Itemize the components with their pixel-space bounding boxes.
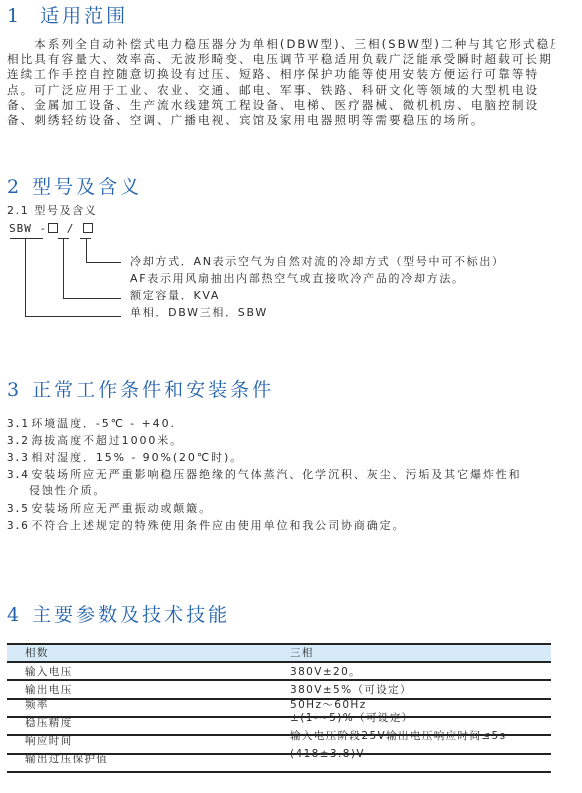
table-rule [7,661,551,663]
table-row-value: 50Hz～60Hz [290,699,367,712]
section-title: 适用范围 [40,5,128,27]
subsection-2-1-title: 2.1 型号及含义 [7,204,97,218]
section-1-heading: 1适用范围 [7,5,128,27]
legend-capacity: 额定容量．KVA [130,289,220,303]
leader-cooling-v [86,238,87,262]
table-row-value: 输入电压阶段25V输出电压响应时间≤5s [290,730,507,743]
paragraph-line: 连续工作手控自控随意切换设有过压、短路、相序保护功能等使用安装方便运行可靠等特 [7,67,555,82]
table-row-param: 稳压精度 [25,717,73,730]
paragraph-line: 备、金属加工设备、生产流水线建筑工程设备、电梯、医疗器械、微机机房、电脑控制设 [7,98,555,113]
condition-item: 3.1环境温度．-5℃ - +40. [7,417,176,431]
table-rule [7,643,551,645]
capacity-box-icon [48,223,58,233]
condition-item: 3.4安装场所应无严重影响稳压器绝缘的气体蒸汽、化学沉积、灰尘、污垢及其它爆炸性… [7,468,522,482]
paragraph-line: 备、刺绣轻纺设备、空调、广播电视、宾馆及家用电器照明等需要稳压的场所。 [7,113,555,128]
table-rule [7,679,551,681]
model-sep-slash: / [59,222,82,235]
section-2-heading: 2型号及含义 [7,176,142,198]
table-header-value: 三相 [290,647,314,660]
table-rule [7,698,551,700]
leader-phase-v [25,238,26,316]
table-row-param: 响应时间 [25,735,73,748]
section-1-paragraph: 本系列全自动补偿式电力稳压器分为单相(DBW型)、三相(SBW型)二种与其它形式… [7,37,555,128]
model-sep-dash: - [32,222,47,235]
table-row-value: ±(1-~5)%（可设定） [290,712,414,725]
leader-phase-h [25,316,121,317]
section-3-heading: 3正常工作条件和安装条件 [7,379,274,401]
table-rule [7,716,551,718]
table-row-param: 输入电压 [25,666,73,679]
table-rule [7,771,551,773]
paragraph-line: 本系列全自动补偿式电力稳压器分为单相(DBW型)、三相(SBW型)二种与其它形式… [7,37,555,52]
table-row-param: 输出过压保护值 [25,753,108,766]
legend-phase: 单相．DBW三相．SBW [130,306,268,320]
cooling-box-icon [83,223,93,233]
section-title: 主要参数及技术技能 [32,604,230,626]
table-row-value: (418±3.8)V [290,748,365,761]
underline-prefix [10,238,43,239]
paragraph-line: 点。可广泛应用于工业、农业、交通、邮电、军事、铁路、科研文化等领域的大型机电设 [7,83,555,98]
condition-item: 3.5安装场所应无严重振动或颠簸。 [7,502,212,516]
leader-cooling-h [86,262,121,263]
table-header-param: 相数 [25,647,49,660]
table-header-background [7,645,551,661]
section-number: 2 [7,176,22,198]
leader-capacity-v [63,238,64,298]
table-row-value: 380V±20。 [290,666,361,679]
condition-item: 3.2海拔高度不超过1000米。 [7,434,183,448]
table-row-value: 380V±5%（可设定） [290,684,412,697]
leader-capacity-h [63,298,121,299]
table-row-param: 频率 [25,699,49,712]
model-prefix: SBW [9,222,32,235]
legend-cooling: 冷却方式．AN表示空气为自然对流的冷却方式（型号中可不标出） [130,255,505,269]
condition-item: 3.6不符合上述规定的特殊使用条件应由使用单位和我公司协商确定。 [7,519,405,533]
paragraph-line: 相比具有容量大、效率高、无波形畸变、电压调节平稳适用负载广泛能承受瞬时超载可长期 [7,52,555,67]
section-number: 4 [7,604,22,626]
section-number: 3 [7,379,22,401]
section-4-heading: 4主要参数及技术技能 [7,604,230,626]
legend-cooling-af: AF表示用风扇抽出内部热空气或直接吹冷产品的冷却方法。 [130,272,465,286]
model-code: SBW - / [9,222,94,236]
section-number: 1 [7,5,22,27]
table-row-param: 输出电压 [25,684,73,697]
condition-item: 3.3相对湿度．15% - 90%(20℃时)。 [7,451,243,465]
section-title: 型号及含义 [32,176,142,198]
condition-item-continuation: 侵蚀性介质。 [29,484,106,498]
section-title: 正常工作条件和安装条件 [32,379,274,401]
